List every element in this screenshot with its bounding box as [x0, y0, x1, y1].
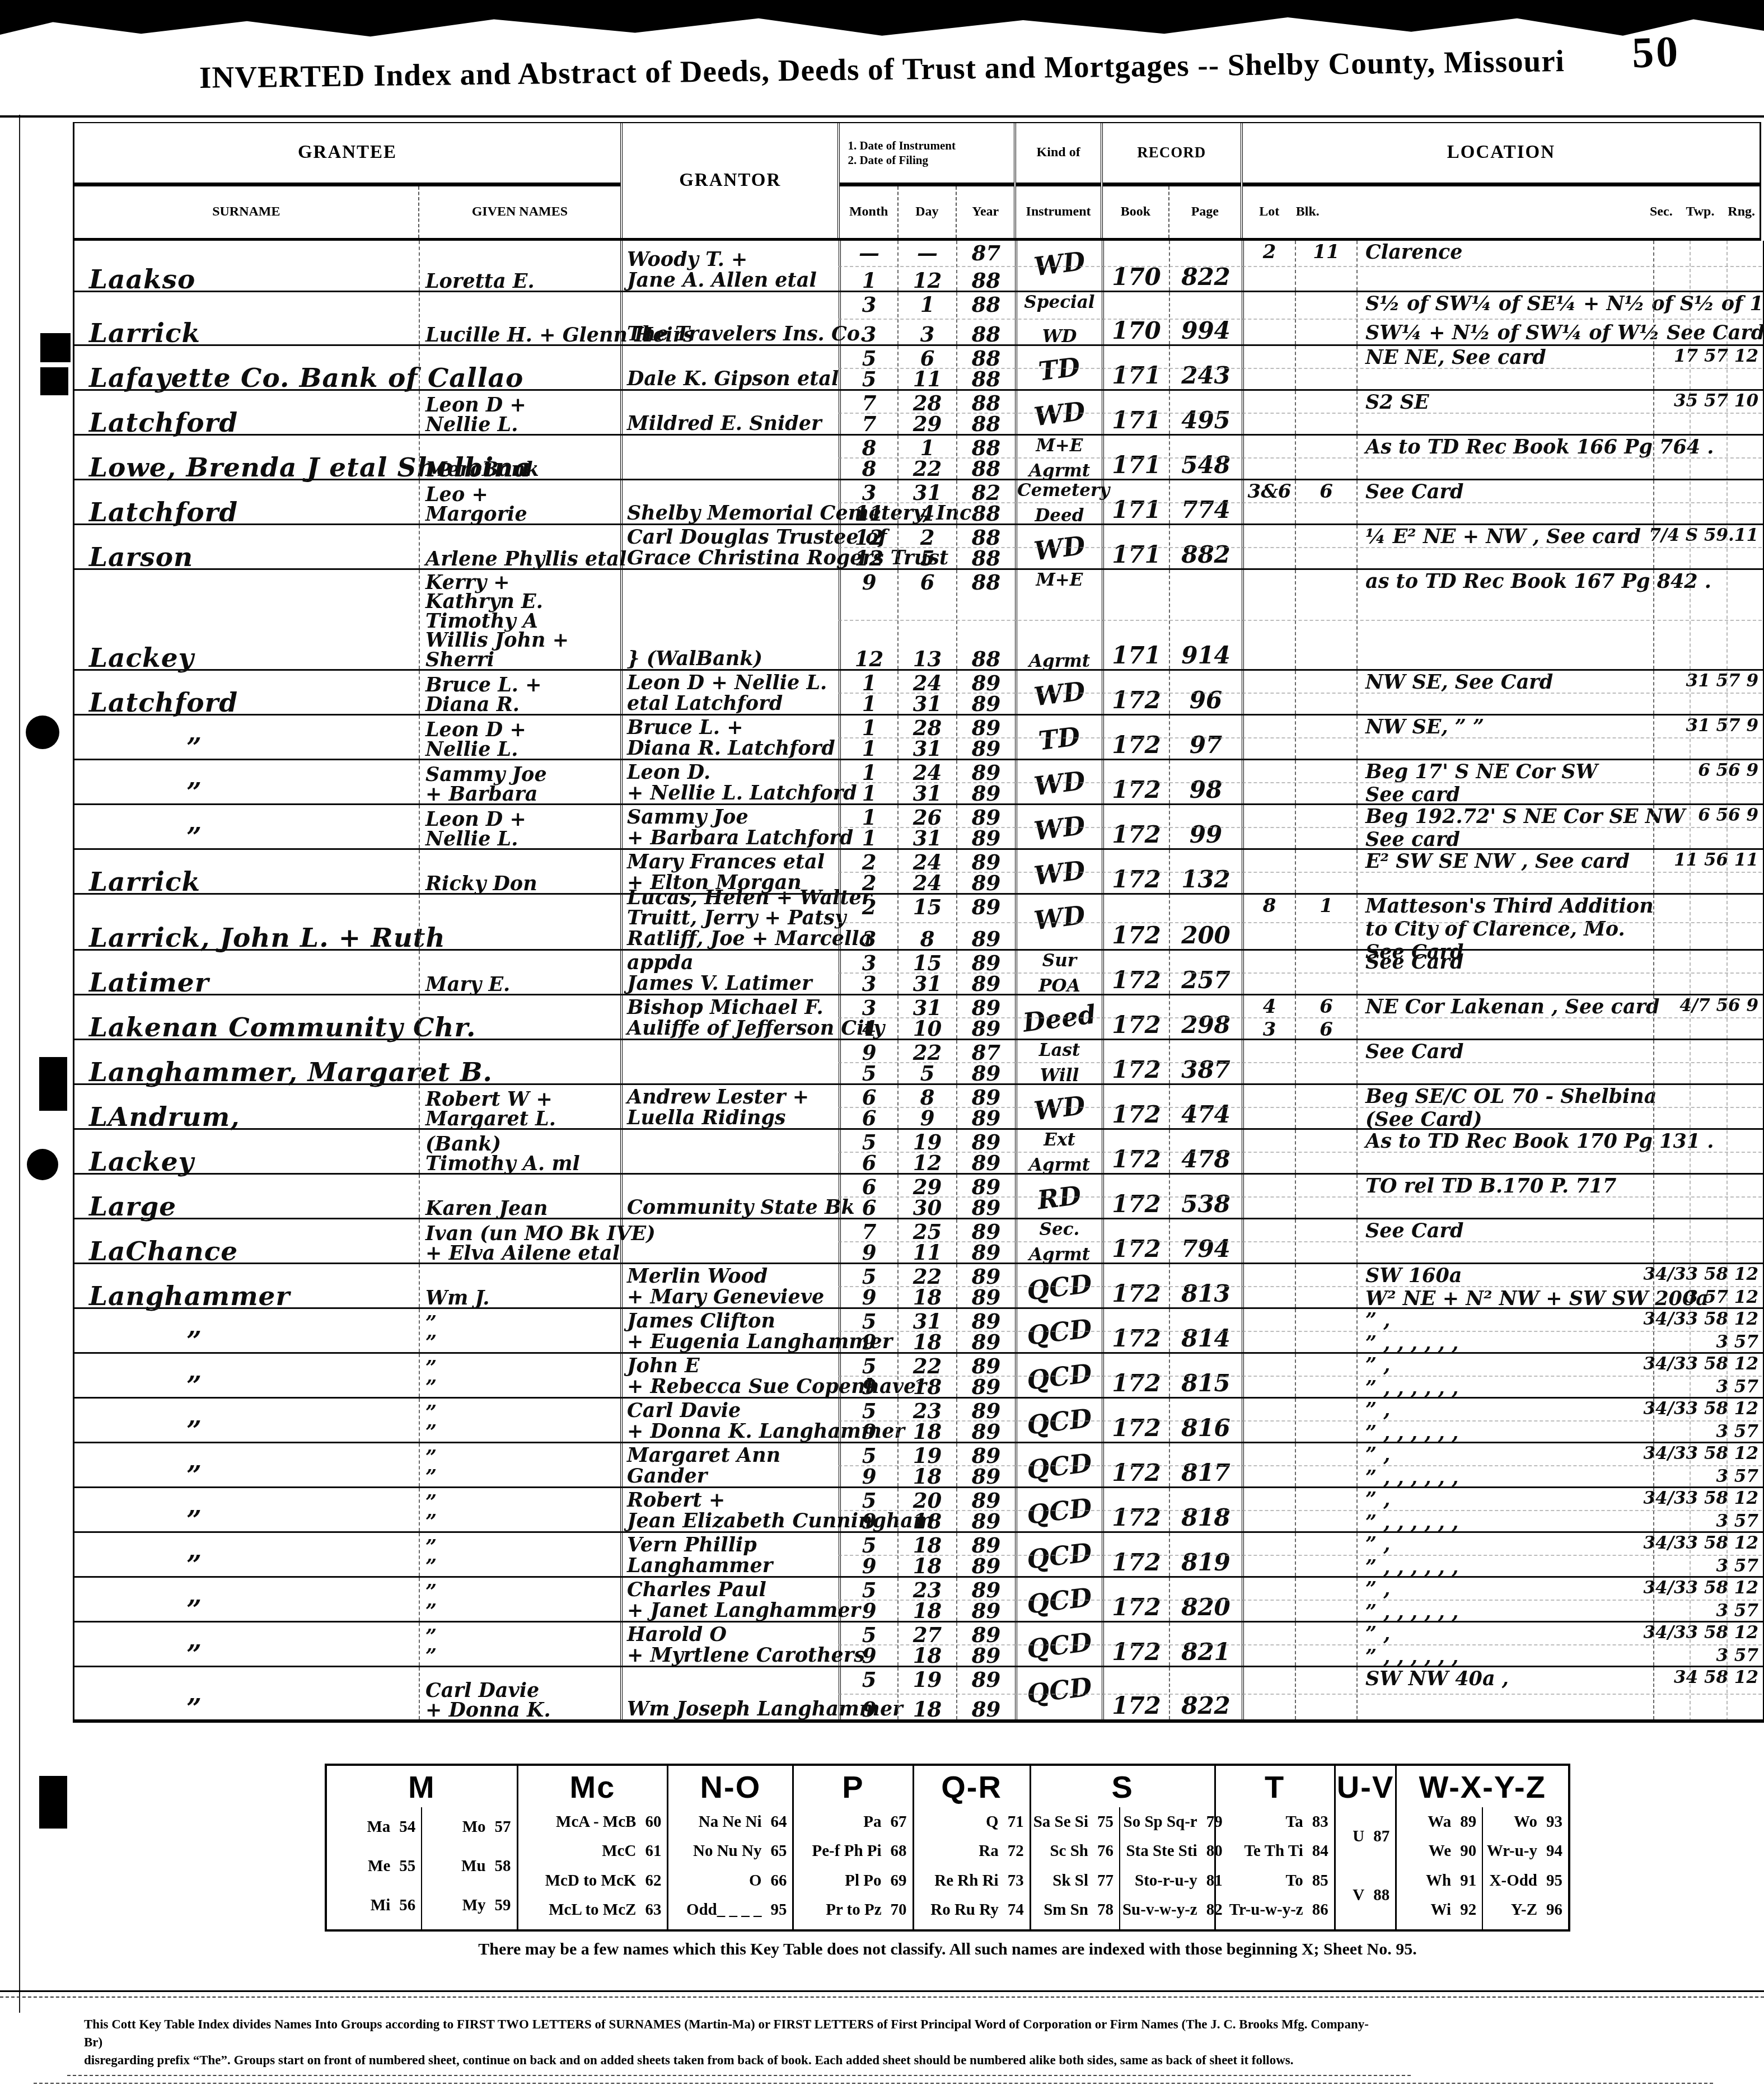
cell-sec-twp-rng: 17 57 12: [1653, 346, 1763, 389]
record-label: RECORD: [1137, 144, 1206, 161]
location-line: ” ,: [1365, 1578, 1653, 1601]
cell-sec-twp-rng: [1653, 480, 1763, 523]
cell-lot: [1242, 1623, 1295, 1666]
cell-kind-of-instrument: QCD: [1015, 1578, 1102, 1621]
date-filing-d: 3: [899, 322, 956, 347]
date-instrument-y: 89: [957, 895, 1015, 919]
cell-location: Beg SE/C OL 70 - Shelbina(See Card): [1356, 1085, 1653, 1128]
book-number: 172: [1104, 686, 1169, 714]
key-entry-label: Sc Sh: [1050, 1842, 1088, 1860]
location-line: (See Card): [1365, 1108, 1653, 1131]
cell-record-book: 170: [1102, 292, 1169, 344]
cell-month: 59: [839, 1488, 897, 1531]
location-line: to City of Clarence, Mo.: [1365, 918, 1653, 941]
book-number: 172: [1104, 1549, 1169, 1576]
key-entry-number: 92: [1460, 1901, 1476, 1919]
cell-lot: [1242, 1488, 1295, 1531]
date-filing-d: 12: [899, 1151, 956, 1175]
page-number: 882: [1170, 541, 1242, 568]
grantor-line: etal Latchford: [627, 694, 839, 714]
cell-day: 158: [897, 895, 956, 949]
key-table: MMa54Me55Mi56Mo57Mu58My59McMcA - McB60Mc…: [325, 1764, 1570, 1932]
date-instrument-d: 6: [899, 570, 956, 595]
location-line: as to TD Rec Book 167 Pg 842 .: [1365, 570, 1653, 593]
key-group-s: SSa Se Si75Sc Sh76Sk Sl77Sm Sn78So Sp Sq…: [1030, 1766, 1214, 1929]
key-group-header: W-X-Y-Z: [1397, 1766, 1568, 1807]
key-entry: Wo93: [1485, 1813, 1562, 1831]
surname-text: Latchford: [89, 408, 238, 438]
cell-lot: [1242, 1130, 1295, 1173]
key-entry: Pa67: [796, 1813, 906, 1831]
page-number: 200: [1170, 922, 1242, 949]
cell-sec-twp-rng: [1653, 436, 1763, 479]
cell-blk: [1295, 671, 1356, 714]
key-entry: Sm Sn78: [1033, 1901, 1113, 1919]
cell-record-book: 172: [1102, 671, 1169, 714]
key-entry-number: 88: [1373, 1886, 1389, 1905]
date-filing-m: 1: [841, 691, 897, 716]
cell-sec-twp-rng: [1653, 1175, 1763, 1218]
cell-kind-of-instrument: WD: [1015, 525, 1102, 568]
cell-grantor: Andrew Lester +Luella Ridings: [620, 1085, 839, 1128]
location-line: Beg 192.72' S NE Cor SE NW: [1365, 805, 1653, 828]
location-line: ” , , , , , ,: [1365, 1332, 1653, 1355]
location-line: W² NE + N² NW + SW SW 200a: [1365, 1287, 1653, 1310]
key-entry-label: No Nu Ny: [693, 1842, 761, 1860]
scanned-ledger-page: { "page": { "number": "50", "title": "IN…: [0, 0, 1764, 2090]
cell-blk: [1295, 850, 1356, 893]
cell-year: 8989: [956, 1578, 1015, 1621]
book-number: 172: [1104, 1056, 1169, 1083]
key-entry: Mi56: [329, 1896, 415, 1915]
scan-artifact: [40, 367, 68, 395]
grantor-line: Carl Douglas Trustee of: [627, 527, 839, 548]
cell-given-names: Mary E.: [419, 951, 620, 994]
surname-text: Latchford: [89, 688, 238, 718]
cell-given-names: ””: [419, 1488, 620, 1531]
key-entry-number: 78: [1097, 1901, 1113, 1919]
cell-record-book: 172: [1102, 760, 1169, 803]
given-name-line: ”: [425, 1512, 620, 1532]
given-name-line: Margaret L.: [425, 1109, 620, 1129]
sec-twp-rng-text: 3 57: [1716, 1422, 1758, 1442]
key-entry: Re Rh Ri73: [916, 1872, 1024, 1890]
grantor-line: Andrew Lester +: [627, 1087, 839, 1107]
location-line: ” ,: [1365, 1488, 1653, 1511]
date-instrument-d: 15: [899, 895, 956, 919]
cell-grantor: [620, 1130, 839, 1173]
grantor-line: Gander: [627, 1466, 839, 1486]
grantor-line: Dale K. Gipson etal: [627, 369, 839, 389]
cell-surname: Lackey: [74, 570, 419, 669]
ledger-row: Lafayette Co. Bank of Callao Dale K. Gip…: [74, 346, 1763, 391]
cell-year: 8989: [956, 671, 1015, 714]
ledger-row: ” Carl Davie+ Donna K. Wm Joseph Langham…: [74, 1667, 1763, 1721]
cell-blk: 1: [1295, 895, 1356, 949]
cell-given-names: [419, 995, 620, 1039]
cell-month: 59: [839, 1354, 897, 1397]
cell-year: 8989: [956, 760, 1015, 803]
cell-location: ” ,” , , , , , ,: [1356, 1488, 1653, 1531]
key-entry-number: 76: [1097, 1842, 1113, 1860]
date-filing-m: 1: [841, 736, 897, 761]
given-name-line: ”: [425, 1403, 620, 1423]
grantor-line: James V. Latimer: [627, 974, 839, 994]
location-line: S2 SE: [1365, 391, 1653, 414]
cell-kind-of-instrument: Sec.Agrmt: [1015, 1219, 1102, 1263]
cell-day: 2018: [897, 1488, 956, 1531]
location-line: ¼ E² NE + NW , See card: [1365, 525, 1653, 548]
cell-location: ” ,” , , , , , ,: [1356, 1309, 1653, 1352]
cell-kind-of-instrument: WD: [1015, 850, 1102, 893]
cell-kind-of-instrument: WD: [1015, 805, 1102, 848]
location-line: ” , , , , , ,: [1365, 1422, 1653, 1444]
cell-record-book: 172: [1102, 951, 1169, 994]
surname-text: Larrick: [89, 318, 200, 349]
cell-sec-twp-rng: [1653, 1219, 1763, 1263]
grantor-line: Luella Ridings: [627, 1108, 839, 1128]
cell-record-book: 172: [1102, 995, 1169, 1039]
cell-day: 3110: [897, 995, 956, 1039]
given-name-line: ”: [425, 1493, 620, 1513]
date-filing-m: 3: [841, 927, 897, 951]
cell-blk: [1295, 1130, 1356, 1173]
sec-twp-rng-text: 34/33 58 12: [1644, 1309, 1758, 1329]
cell-month: 88: [839, 436, 897, 479]
key-column: So Sp Sq-r79Sta Ste Sti80Sto-r-u-y81Su-v…: [1119, 1807, 1228, 1929]
ledger-row: LAndrum, Robert W +Margaret L. Andrew Le…: [74, 1085, 1763, 1130]
kind-line-1: Special: [1017, 292, 1102, 312]
given-name-line: + Donna K.: [425, 1700, 620, 1720]
key-entry-number: 57: [495, 1818, 511, 1836]
sec-twp-rng-text: 6 56 9: [1698, 760, 1758, 780]
key-entry-label: Wi: [1431, 1901, 1452, 1919]
book-number: 172: [1104, 922, 1169, 949]
cell-grantor: Merlin Wood+ Mary Genevieve: [620, 1264, 839, 1307]
cell-record-book: 172: [1102, 1623, 1169, 1666]
cell-lot: [1242, 391, 1295, 434]
cell-blk: [1295, 1264, 1356, 1307]
cell-year: 8989: [956, 895, 1015, 949]
date-filing-m: 9: [841, 1554, 897, 1578]
book-number: 171: [1104, 541, 1169, 568]
kind-text: WD: [1032, 765, 1087, 802]
surname-text: Larrick, John L. + Ruth: [89, 923, 446, 953]
date-filing-y: 89: [957, 781, 1015, 806]
surname-text: ”: [186, 1505, 202, 1536]
date-filing-m: 5: [841, 1061, 897, 1086]
cell-sec-twp-rng: [1653, 1130, 1763, 1173]
key-entry: Odd_ _ _ _95: [671, 1901, 787, 1919]
date-filing-y: 88: [957, 268, 1015, 293]
surname-text: LaChance: [89, 1236, 238, 1267]
location-line: NE NE, See card: [1365, 346, 1653, 369]
book-number: 172: [1104, 776, 1169, 803]
key-entry-label: Y-Z: [1511, 1901, 1537, 1919]
cell-record-book: 171: [1102, 436, 1169, 479]
key-entry: McA - McB60: [521, 1813, 662, 1831]
key-entry-label: O: [749, 1872, 762, 1890]
key-entry-number: 77: [1097, 1872, 1113, 1890]
cell-grantor: Woody T. +Jane A. Allen etal: [620, 241, 839, 291]
given-names-label: GIVEN NAMES: [472, 204, 568, 219]
key-column: Ma54Me55Mi56: [327, 1807, 421, 1929]
page-number: 816: [1170, 1414, 1242, 1442]
cell-lot: [1242, 1175, 1295, 1218]
given-name-line: Sherri: [425, 650, 620, 670]
key-entry-number: 66: [770, 1872, 787, 1890]
location-line: SW NW 40a ,: [1365, 1667, 1653, 1690]
cell-month: 912: [839, 570, 897, 669]
ledger-row: ” ”” Robert +Jean Elizabeth Cunningham 5…: [74, 1488, 1763, 1533]
cell-year: 8789: [956, 1040, 1015, 1083]
cell-blk: [1295, 1309, 1356, 1352]
cell-month: 34: [839, 995, 897, 1039]
given-name-line: ”: [425, 1358, 620, 1378]
kind-text: QCD: [1025, 1447, 1093, 1485]
key-entry-number: 59: [495, 1896, 511, 1915]
cell-location: ” ,” , , , , , ,: [1356, 1578, 1653, 1621]
cell-sec-twp-rng: 34/33 58 123 57: [1653, 1623, 1763, 1666]
date-filing-y: 89: [957, 927, 1015, 951]
cell-kind-of-instrument: WD: [1015, 760, 1102, 803]
book-number: 172: [1104, 1280, 1169, 1307]
location-line: Matteson's Third Addition: [1365, 895, 1653, 918]
ledger-row: Larson Arlene Phyllis etal Carl Douglas …: [74, 525, 1763, 570]
given-name-line: ”: [425, 1378, 620, 1398]
kind-text: QCD: [1025, 1492, 1093, 1530]
cell-year: 8989: [956, 1175, 1015, 1218]
cell-kind-of-instrument: WD: [1015, 241, 1102, 291]
cell-lot: [1242, 850, 1295, 893]
cell-year: 8989: [956, 1488, 1015, 1531]
cell-lot: 3&6: [1242, 480, 1295, 523]
book-number: 171: [1104, 642, 1169, 669]
cell-month: 56: [839, 1130, 897, 1173]
cell-month: 59: [839, 1578, 897, 1621]
grantor-label: GRANTOR: [679, 170, 781, 191]
key-entry-label: My: [462, 1896, 486, 1915]
key-column: Wa89We90Wh91Wi92: [1397, 1807, 1482, 1929]
date-filing-m: 6: [841, 1151, 897, 1175]
grantor-line: Robert +: [627, 1490, 839, 1511]
date-filing-d: 30: [899, 1195, 956, 1220]
cell-blk: [1295, 1175, 1356, 1218]
ledger-row: Latchford Bruce L. +Diana R. Leon D + Ne…: [74, 671, 1763, 716]
key-entry: Ra72: [916, 1842, 1024, 1860]
ledger-row: ” Leon D +Nellie L. Sammy Joe+ Barbara L…: [74, 805, 1763, 850]
sec-twp-rng-text: 31 57 9: [1686, 716, 1758, 736]
date-filing-y: 88: [957, 367, 1015, 391]
book-number: 172: [1104, 1414, 1169, 1442]
cell-grantor: Margaret AnnGander: [620, 1443, 839, 1486]
cell-year: 8288: [956, 480, 1015, 523]
key-entry-number: 95: [770, 1901, 787, 1919]
book-number: 172: [1104, 731, 1169, 759]
key-entry-number: 55: [399, 1857, 415, 1876]
key-entry-label: McL to McZ: [549, 1901, 636, 1919]
cell-record-page: 548: [1169, 436, 1242, 479]
cell-grantor: Harold O+ Myrtlene Carothers: [620, 1623, 839, 1666]
cell-surname: Larrick: [74, 292, 419, 344]
cell-given-names: Leon D +Nellie L.: [419, 391, 620, 434]
cell-given-names: ””: [419, 1399, 620, 1442]
kind-text: QCD: [1025, 1268, 1093, 1306]
scan-noise-line: [34, 2083, 1713, 2084]
kind-line-2: WD: [1017, 326, 1102, 347]
cell-given-names: Ricky Don: [419, 850, 620, 893]
cell-record-page: 882: [1169, 525, 1242, 568]
cell-blk: [1295, 292, 1356, 344]
cell-record-page: 914: [1169, 570, 1242, 669]
grantor-line: Community State Bk: [627, 1198, 839, 1218]
cell-year: 8888: [956, 292, 1015, 344]
cell-surname: Laakso: [74, 241, 419, 291]
page-number: 817: [1170, 1459, 1242, 1486]
cell-sec-twp-rng: 31 57 9: [1653, 671, 1763, 714]
cell-given-names: [419, 346, 620, 389]
page-number: 96: [1170, 686, 1242, 714]
cell-record-page: 99: [1169, 805, 1242, 848]
date-instrument-m: 5: [841, 1667, 897, 1692]
key-entry: Sto-r-u-y81: [1122, 1872, 1223, 1890]
cell-sec-twp-rng: 34/33 58 123 57: [1653, 1399, 1763, 1442]
key-entry: McD to McK62: [521, 1872, 662, 1890]
surname-text: Lackey: [89, 643, 194, 674]
header-record: RECORD Book Page: [1101, 123, 1241, 238]
given-name-line: Diana R.: [425, 695, 620, 715]
key-entry: Su-v-w-y-z82: [1122, 1901, 1223, 1919]
key-entry-label: We: [1429, 1842, 1451, 1860]
cell-kind-of-instrument: M+EAgrmt: [1015, 436, 1102, 479]
cell-lot: [1242, 805, 1295, 848]
location-line: TO rel TD B.170 P. 717: [1365, 1175, 1653, 1198]
location-line: ” ,: [1365, 1399, 1653, 1422]
cell-surname: ”: [74, 1623, 419, 1666]
cell-kind-of-instrument: ExtAgrmt: [1015, 1130, 1102, 1173]
key-entry-label: Sa Se Si: [1033, 1813, 1088, 1831]
page-number: 914: [1170, 642, 1242, 669]
date-filing-d: 18: [899, 1554, 956, 1578]
cell-location: S½ of SW¼ of SE¼ + N½ of S½ of 16 57 12S…: [1356, 292, 1653, 344]
key-entry-label: Na Ne Ni: [699, 1813, 762, 1831]
key-entry: No Nu Ny65: [671, 1842, 787, 1860]
cell-year: 8989: [956, 1623, 1015, 1666]
key-entry-number: 64: [770, 1813, 787, 1831]
cell-record-book: 172: [1102, 1085, 1169, 1128]
cell-day: 1912: [897, 1130, 956, 1173]
lot-number: 8: [1244, 895, 1295, 917]
surname-text: ”: [186, 822, 202, 853]
ledger-row: Latimer Mary E. appdaJames V. Latimer 33…: [74, 951, 1763, 995]
cell-day: 1918: [897, 1667, 956, 1719]
ledger-row: ” ”” Margaret AnnGander 59 1918 8989 QCD…: [74, 1443, 1763, 1488]
cell-month: 95: [839, 1040, 897, 1083]
cell-grantor: Sammy Joe+ Barbara Latchford: [620, 805, 839, 848]
given-name-line: Lucille H. + Glenn Heirs: [425, 325, 620, 345]
cell-month: 77: [839, 391, 897, 434]
kind-line-1: M+E: [1017, 436, 1102, 456]
kind-of-label: Kind of: [1037, 145, 1080, 160]
cell-kind-of-instrument: WD: [1015, 895, 1102, 949]
sec-twp-rng-text: 3 57: [1716, 1556, 1758, 1576]
kind-text: QCD: [1025, 1537, 1093, 1575]
sec-twp-rng-text: 11 56 11: [1674, 850, 1758, 870]
cell-location: NW SE, See Card: [1356, 671, 1653, 714]
torn-edge-artifact: [0, 0, 1764, 48]
surname-text: ”: [186, 1415, 202, 1446]
key-group-p: PPa67Pe-f Ph Pi68Pl Po69Pr to Pz70: [792, 1766, 912, 1929]
cell-given-names: Leo +Margorie: [419, 480, 620, 523]
cell-sec-twp-rng: [1653, 1085, 1763, 1128]
date-instrument-m: 2: [841, 895, 897, 919]
surname-text: ”: [186, 1595, 202, 1625]
kind-line-2: Agrmt: [1017, 461, 1102, 481]
date-filing-d: 11: [899, 367, 956, 391]
given-name-line: Margorie: [425, 504, 620, 525]
cell-grantor: Shelby Memorial Cemetery, Inc: [620, 480, 839, 523]
grantor-line: } (WalBank): [627, 649, 839, 669]
cell-record-page: 822: [1169, 241, 1242, 291]
surname-text: ”: [186, 1693, 202, 1724]
date-filing-y: 89: [957, 691, 1015, 716]
cell-record-page: 538: [1169, 1175, 1242, 1218]
book-number: 172: [1104, 1101, 1169, 1128]
cell-grantor: appdaJames V. Latimer: [620, 951, 839, 994]
location-line: See card: [1365, 828, 1653, 851]
key-entry-number: 69: [891, 1872, 907, 1890]
cell-record-book: 171: [1102, 391, 1169, 434]
cell-location: Beg 192.72' S NE Cor SE NWSee card: [1356, 805, 1653, 848]
cell-sec-twp-rng: [1653, 292, 1763, 344]
location-line: ” , , , , , ,: [1365, 1601, 1653, 1624]
ledger-row: Larrick Lucille H. + Glenn Heirs The Tra…: [74, 292, 1763, 346]
cell-blk: [1295, 1399, 1356, 1442]
sec-twp-rng-text: 31 57 9: [1686, 671, 1758, 691]
cell-surname: ”: [74, 716, 419, 759]
grantor-line: Ratliff, Joe + Marcella: [627, 929, 839, 949]
cell-given-names: ””: [419, 1623, 620, 1666]
date-filing-d: 18: [899, 1374, 956, 1399]
kind-line-1: Last: [1017, 1040, 1102, 1060]
cell-location: NE NE, See card: [1356, 346, 1653, 389]
cell-surname: ”: [74, 1354, 419, 1397]
cell-month: 66: [839, 1175, 897, 1218]
key-entry-label: Odd_ _ _ _: [686, 1901, 762, 1919]
key-entry: Mo57: [424, 1818, 511, 1836]
cell-surname: Lackey: [74, 1130, 419, 1173]
key-group-columns: McA - McB60McC61McD to McK62McL to McZ63: [518, 1807, 667, 1929]
cell-month: 59: [839, 1399, 897, 1442]
cell-grantor: The Travelers Ins. Co.: [620, 292, 839, 344]
cell-location: SW 160aW² NE + N² NW + SW SW 200a: [1356, 1264, 1653, 1307]
cell-given-names: ””: [419, 1309, 620, 1352]
cell-year: 8989: [956, 1309, 1015, 1352]
cell-kind-of-instrument: TD: [1015, 716, 1102, 759]
page-number: 538: [1170, 1190, 1242, 1218]
grantor-line: Auliffe of Jefferson City: [627, 1018, 839, 1039]
key-group-mc: McMcA - McB60McC61McD to McK62McL to McZ…: [517, 1766, 667, 1929]
page-number: 548: [1170, 451, 1242, 479]
key-entry-number: 63: [645, 1901, 661, 1919]
ledger-row: ” ”” Harold O+ Myrtlene Carothers 59 271…: [74, 1623, 1763, 1667]
date-filing-d: 18: [899, 1464, 956, 1489]
cell-lot: [1242, 1578, 1295, 1621]
cell-record-book: 172: [1102, 1399, 1169, 1442]
date-filing-y: 89: [957, 1151, 1015, 1175]
cell-surname: Langhammer, Margaret B.: [74, 1040, 419, 1083]
book-number: 171: [1104, 451, 1169, 479]
